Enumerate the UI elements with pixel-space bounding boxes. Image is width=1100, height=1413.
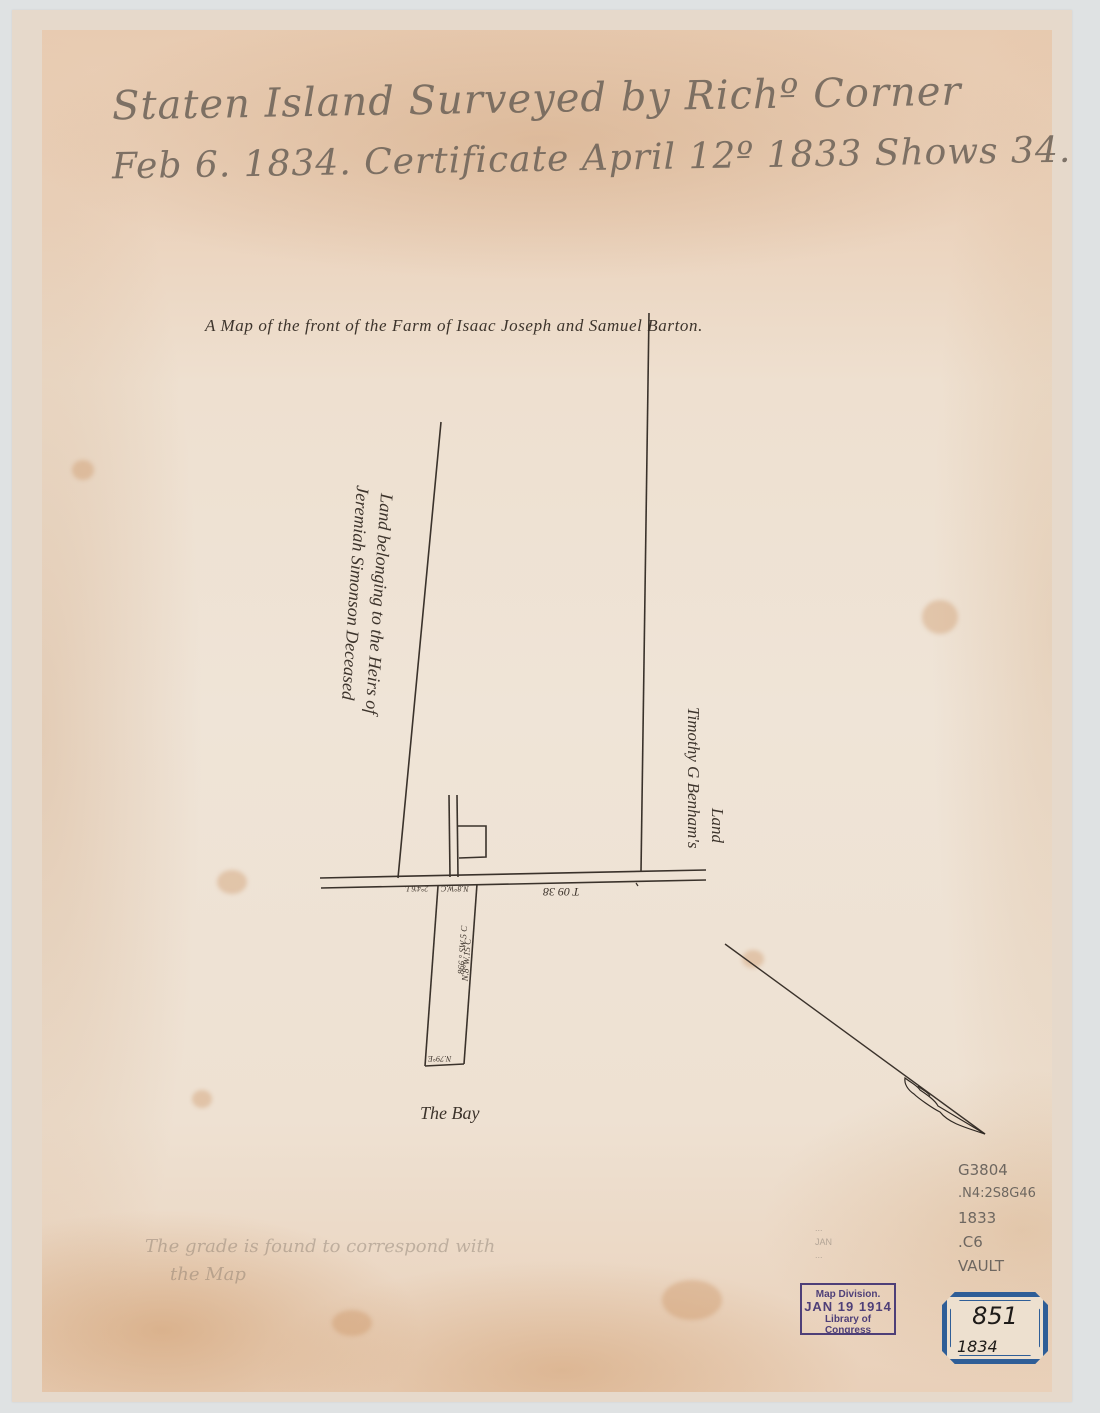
map-drawing	[0, 0, 1100, 1413]
east-parcel-label-line2: Land	[707, 808, 727, 843]
catalog-label: 851 1834	[942, 1292, 1048, 1364]
call-number-line: .N4:2S8G46	[958, 1182, 1036, 1206]
road-bearing-mid: N.8°W.C	[441, 884, 469, 893]
road-bearing-left: 2°4'6 L	[405, 884, 428, 893]
footer-note-line1: The grade is found to correspond with	[145, 1236, 495, 1257]
strip-bearing-bottom: N.79°E	[428, 1054, 451, 1063]
stamp-date: JAN 19 1914	[802, 1300, 894, 1314]
call-number-line: 1833	[958, 1206, 1036, 1230]
catalog-label-number: 851	[947, 1302, 1043, 1330]
receipt-stamp: Map Division. JAN 19 1914 Library of Con…	[800, 1283, 896, 1335]
footer-note-line2: the Map	[170, 1264, 246, 1285]
road-lower-edge	[321, 880, 706, 888]
stamp-library: Library of Congress	[802, 1314, 894, 1336]
water-label: The Bay	[420, 1103, 479, 1124]
road-distance-right: T 09 38	[543, 884, 579, 899]
faint-stamp-line: JAN	[815, 1236, 832, 1250]
call-number-line: G3804	[958, 1158, 1036, 1182]
catalog-label-year: 1834	[957, 1337, 998, 1356]
east-parcel-label: Timothy G Benham's	[683, 707, 703, 849]
faint-stamp-line: ...	[815, 1222, 832, 1236]
call-number-line: VAULT	[958, 1254, 1036, 1278]
house-outline	[458, 826, 486, 858]
west-boundary-line	[398, 422, 441, 878]
faint-stamp-line: ...	[815, 1249, 832, 1263]
call-number: G3804 .N4:2S8G46 1833 .C6 VAULT	[958, 1158, 1036, 1278]
east-boundary-line	[641, 313, 649, 872]
call-number-line: .C6	[958, 1230, 1036, 1254]
road-upper-edge	[320, 870, 706, 878]
north-arrow-icon	[725, 944, 985, 1134]
faint-stamp: ... JAN ...	[815, 1222, 832, 1263]
